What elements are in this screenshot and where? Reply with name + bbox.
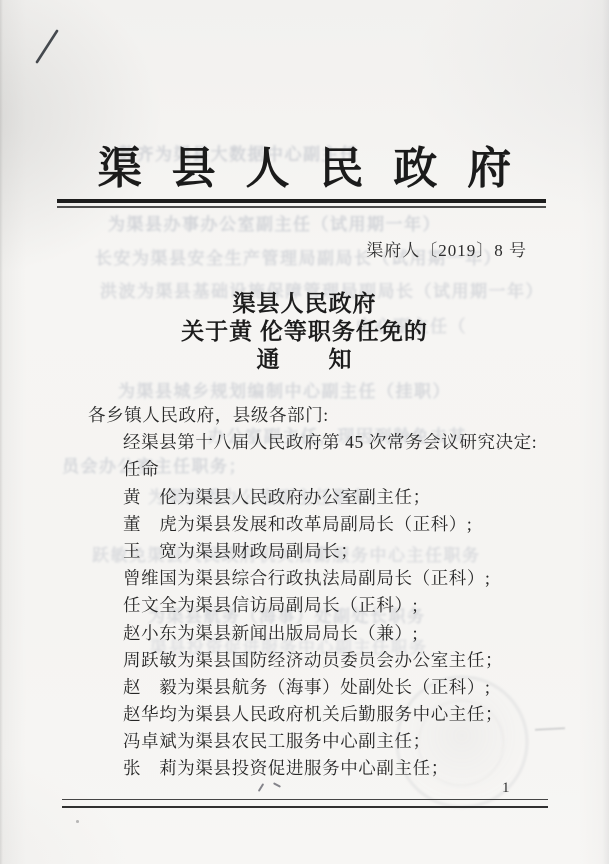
footer-rule-top (62, 799, 548, 800)
salutation-line: 各乡镇人民政府，县级各部门: (88, 402, 558, 429)
appointment-line: 黄 伦为渠县人民政府办公室副主任； (88, 484, 558, 511)
page-number: 1 (502, 780, 510, 797)
header-rule-thin (57, 206, 546, 208)
appointment-line: 曾维国为渠县综合行政执法局副局长（正科）; (88, 565, 558, 592)
appointment-line: 冯卓斌为渠县农民工服务中心副主任； (88, 728, 558, 755)
doc-title-line-3: 通 知 (0, 346, 609, 374)
footer-rule-bottom (62, 806, 548, 808)
pen-tick-mark (273, 782, 281, 788)
paper-speck (76, 820, 79, 823)
intro-line: 经渠县第十八届人民政府第 45 次常务会议研究决定: (88, 429, 558, 456)
section-label: 任命 (88, 456, 558, 483)
document-body: 各乡镇人民政府，县级各部门: 经渠县第十八届人民政府第 45 次常务会议研究决定… (88, 402, 558, 783)
doc-title-line-1: 渠县人民政府 (0, 290, 609, 318)
appointment-line: 董 虎为渠县发展和改革局副局长（正科）; (88, 511, 558, 538)
org-title: 渠县人民政府 (0, 144, 609, 194)
appointment-line: 赵华均为渠县人民政府机关后勤服务中心主任； (88, 701, 558, 728)
doc-title: 渠县人民政府 关于黄 伦等职务任免的 通 知 (0, 290, 609, 374)
bleedthrough-line: 为渠县城乡规划编制中心副主任（挂职） (118, 377, 451, 402)
appointment-line: 任文全为渠县信访局副局长（正科）; (88, 592, 558, 619)
doc-title-line-2: 关于黄 伦等职务任免的 (0, 318, 609, 346)
pen-stroke-mark (0, 0, 120, 120)
appointment-line: 张 莉为渠县投资促进服务中心副主任； (88, 755, 558, 782)
appointment-line: 赵 毅为渠县航务（海事）处副处长（正科）; (88, 674, 558, 701)
appointment-line: 周跃敏为渠县国防经济动员委员会办公室主任； (88, 647, 558, 674)
appointment-line: 赵小东为渠县新闻出版局局长（兼）; (88, 620, 558, 647)
doc-number: 渠府人〔2019〕8 号 (366, 236, 527, 261)
bleedthrough-line: 为渠县办事办公室副主任（试用期一年） (108, 210, 441, 235)
pen-tick-mark (258, 783, 264, 792)
scanned-document-page: 数齐为渠县大数据中心副主任 为渠县办事办公室副主任（试用期一年） 长安为渠县安全… (0, 0, 609, 864)
header-rule-thick (57, 199, 546, 203)
appointment-line: 王 宽为渠县财政局副局长； (88, 538, 558, 565)
